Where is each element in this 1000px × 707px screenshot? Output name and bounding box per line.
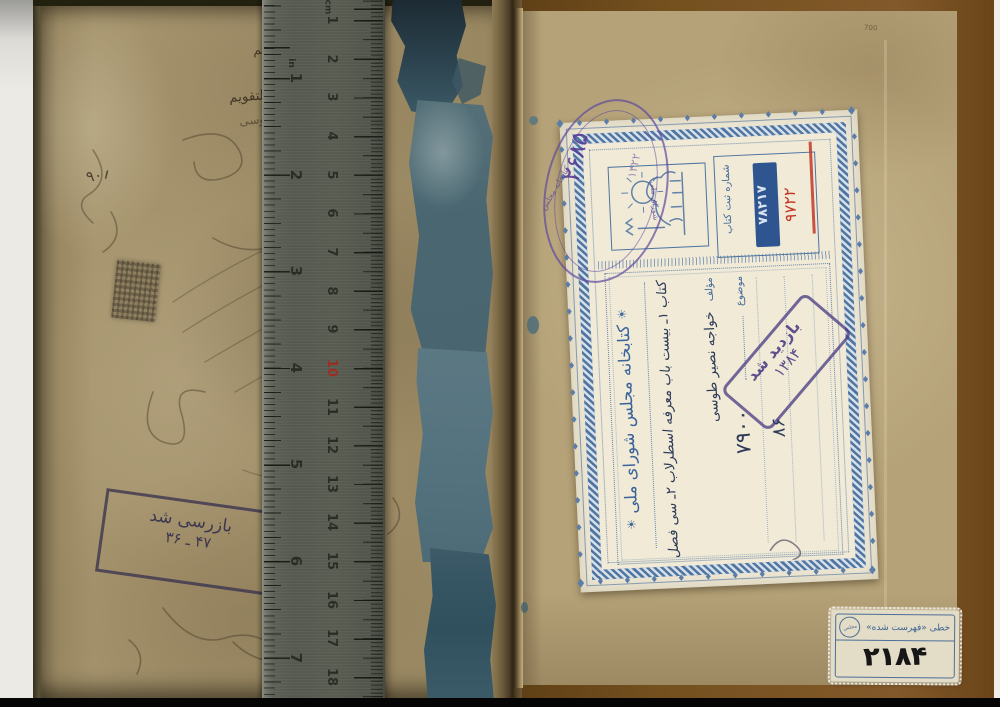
diamond-ornament-icon: ♦ <box>855 241 863 250</box>
diamond-ornament-icon: ♦ <box>867 564 878 576</box>
diamond-ornament-icon: ♦ <box>710 114 718 123</box>
ruler-cm-number: 8 <box>321 281 339 301</box>
diamond-ornament-icon: ♦ <box>861 376 869 385</box>
diamond-ornament-icon: ♦ <box>572 470 580 479</box>
diamond-ornament-icon: ♦ <box>860 349 868 358</box>
handwritten-number: ۷۹۰۰ <box>730 409 765 571</box>
diamond-ornament-icon: ♦ <box>564 282 572 291</box>
ruler-inch-number: 1 <box>287 68 305 88</box>
ruler-cm-number: 18 <box>321 667 339 687</box>
diamond-ornament-icon: ♦ <box>567 363 575 372</box>
ruler-cm-number: 15 <box>321 551 339 571</box>
diamond-ornament-icon: ♦ <box>785 570 793 579</box>
ruler-cm-number: 13 <box>321 474 339 494</box>
catalog-label-frame: مجلس خطی «فهرست شده» ۲۱۸۴ <box>835 613 956 678</box>
diamond-ornament-icon: ♦ <box>764 111 772 120</box>
square-seal-stamp <box>111 260 161 322</box>
diamond-ornament-icon: ♦ <box>864 430 872 439</box>
scanner-background-right <box>994 0 1000 707</box>
ruler-inch-number: 2 <box>287 165 305 185</box>
diamond-ornament-icon: ♦ <box>569 389 577 398</box>
ruler-cm-unit-label: cm <box>322 0 332 14</box>
right-page-torn-edge <box>514 8 523 688</box>
library-name: ☀ کتابخانه مجلس شورای ملی ☀ <box>612 283 650 556</box>
diamond-ornament-icon: ♦ <box>863 403 871 412</box>
scanner-background-left <box>0 0 33 707</box>
ruler-inch-number: 4 <box>287 358 305 378</box>
ruler-inch-number: 6 <box>287 551 305 571</box>
handwritten-number: ۸۶ <box>768 417 799 519</box>
diamond-ornament-icon: ♦ <box>758 571 766 580</box>
left-cover-edge <box>33 0 42 702</box>
ruler-cm-number: 16 <box>321 590 339 610</box>
ruler-inch-unit-label: in <box>286 58 296 68</box>
catalog-label-title: خطی «فهرست شده» <box>862 622 954 633</box>
ruler-cm-number: 4 <box>321 126 339 146</box>
ruler-cm-number: 12 <box>321 435 339 455</box>
pencil-inventory-mark: 700 <box>864 24 878 32</box>
diamond-ornament-icon: ♦ <box>683 115 691 124</box>
diamond-ornament-icon: ♦ <box>850 133 858 142</box>
bookplate-main-panel: ☀ کتابخانه مجلس شورای ملی ☀ کتاب ۱ـ بیست… <box>604 263 843 565</box>
ruler-inch-number: 7 <box>287 648 305 668</box>
ruler-cm-number: 2 <box>321 49 339 69</box>
registration-number-stamped: ۷۸۲۱۷ <box>754 164 780 245</box>
registration-panel: شماره ثبت کتاب ۷۸۲۱۷ ۹۷۲۲ <box>713 151 820 258</box>
page-crease <box>884 40 887 650</box>
ruler-inch-number: 3 <box>287 261 305 281</box>
ruler-cm-number: 5 <box>321 165 339 185</box>
ruler-cm-number: 9 <box>321 319 339 339</box>
cloth-spine-fragment <box>415 348 493 562</box>
ruler-cm-number: 3 <box>321 87 339 107</box>
registration-label: شماره ثبت کتاب <box>721 164 743 251</box>
diamond-ornament-icon: ♦ <box>858 295 866 304</box>
author-field: مؤلف خواجه نصیر طوسی <box>700 277 730 462</box>
cloth-speck <box>521 602 528 613</box>
diamond-ornament-icon: ♦ <box>853 187 861 196</box>
diamond-ornament-icon: ♦ <box>677 575 685 584</box>
diamond-ornament-icon: ♦ <box>571 443 579 452</box>
ruler-sixteenth-inch-ticks <box>264 0 275 707</box>
ruler-inch-number: 5 <box>287 454 305 474</box>
diamond-ornament-icon: ♦ <box>791 110 799 119</box>
scanner-background-bottom <box>0 698 1000 707</box>
diamond-ornament-icon: ♦ <box>846 104 857 116</box>
diamond-ornament-icon: ♦ <box>866 484 874 493</box>
ruler-millimeter-ticks <box>371 0 383 707</box>
diamond-ornament-icon: ♦ <box>839 567 847 576</box>
diamond-ornament-icon: ♦ <box>856 268 864 277</box>
diamond-ornament-icon: ♦ <box>623 577 631 586</box>
sun-rosette-icon: ☀ <box>615 308 629 319</box>
ruler-quarter-inch-ticks <box>264 0 281 707</box>
ruler-cm-number: 14 <box>321 512 339 532</box>
ruler-centimeter-ticks <box>354 0 383 707</box>
book-title-handwriting: کتاب ۱ـ بیست باب معرفه اسطرلاب ۲ـ سی فصل <box>654 280 691 558</box>
ruler-half-centimeter-ticks <box>363 0 383 707</box>
diamond-ornament-icon: ♦ <box>575 524 583 533</box>
ruler-inch-ticks <box>264 0 290 707</box>
scanned-manuscript-spread: رسالة فی معرفة التقویم سی فصل در معرفة ا… <box>0 0 1000 707</box>
registration-number-stamp: ۷۸۲۱۷ <box>753 162 781 247</box>
cloth-spine-fragment <box>409 100 493 362</box>
library-name-text: کتابخانه مجلس شورای ملی <box>614 324 642 514</box>
diamond-ornament-icon: ♦ <box>731 572 739 581</box>
diamond-ornament-icon: ♦ <box>737 113 745 122</box>
diamond-ornament-icon: ♦ <box>566 336 574 345</box>
catalog-stamp-label: مجلس خطی «فهرست شده» ۲۱۸۴ <box>831 609 960 682</box>
diamond-ornament-icon: ♦ <box>574 497 582 506</box>
ruler-cm-number: 10 <box>321 358 339 378</box>
diamond-ornament-icon: ♦ <box>570 416 578 425</box>
diamond-ornament-icon: ♦ <box>576 551 584 560</box>
subject-field-label: موضوع <box>734 276 746 307</box>
diamond-ornament-icon: ♦ <box>852 160 860 169</box>
ink-flourish <box>765 527 810 561</box>
author-field-value: خواجه نصیر طوسی <box>701 311 722 422</box>
ruler-cm-number: 17 <box>321 628 339 648</box>
diamond-ornament-icon: ♦ <box>650 576 658 585</box>
diamond-ornament-icon: ♦ <box>867 511 875 520</box>
diamond-ornament-icon: ♦ <box>818 109 826 118</box>
diamond-ornament-icon: ♦ <box>812 569 820 578</box>
cloth-speck <box>527 316 539 334</box>
sun-rosette-icon: ☀ <box>625 519 639 530</box>
diamond-ornament-icon: ♦ <box>854 214 862 223</box>
ruler-cm-number: 1 <box>321 10 339 30</box>
catalog-number: ۲۱۸۴ <box>836 641 955 673</box>
diamond-ornament-icon: ♦ <box>565 309 573 318</box>
diamond-ornament-icon: ♦ <box>859 322 867 331</box>
ruler: 1234567891011121314151617181234567cmin <box>262 0 385 707</box>
diamond-ornament-icon: ♦ <box>869 538 877 547</box>
library-logo-icon: مجلس <box>839 617 860 638</box>
cloth-spine-fragment <box>424 548 496 707</box>
ruler-cm-number: 6 <box>321 203 339 223</box>
cloth-speck <box>529 116 538 125</box>
ruler-cm-number: 7 <box>321 242 339 262</box>
author-field-label: مؤلف <box>704 277 716 301</box>
diamond-ornament-icon: ♦ <box>596 578 604 587</box>
diamond-ornament-icon: ♦ <box>704 574 712 583</box>
diamond-ornament-icon: ♦ <box>865 457 873 466</box>
registration-number-red-handwritten: ۹۷۲۲ <box>778 162 808 248</box>
diamond-ornament-icon: ♦ <box>575 577 586 589</box>
ruler-cm-number: 11 <box>321 397 339 417</box>
library-logo-text: مجلس <box>842 623 857 632</box>
